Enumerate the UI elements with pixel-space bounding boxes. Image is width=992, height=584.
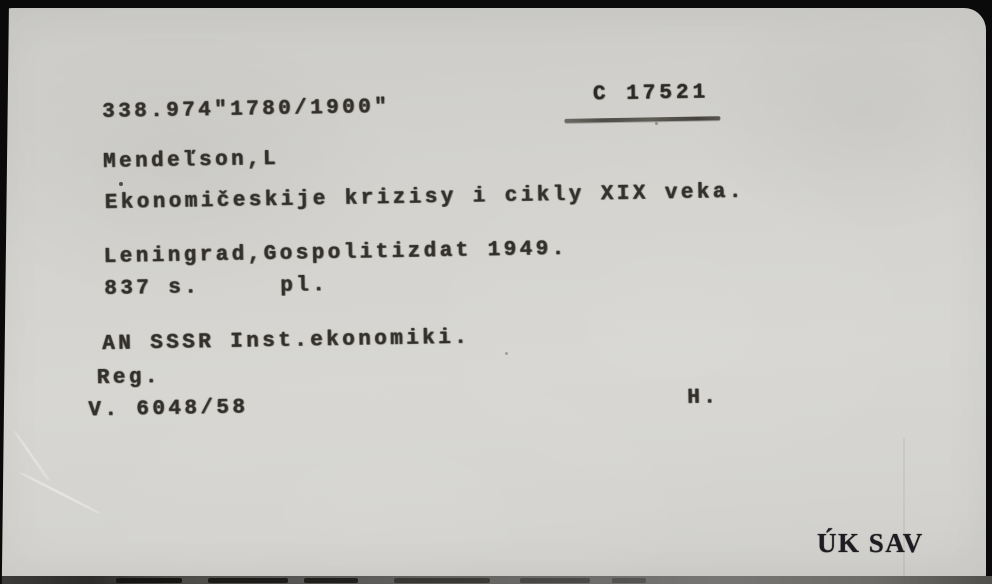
collation-line: 837 s. pl. — [104, 275, 328, 300]
library-stamp: ÚK SAV — [817, 530, 924, 557]
card-stack-dash — [394, 578, 490, 583]
call-number: C 17521 — [593, 82, 710, 105]
ink-speck — [505, 352, 508, 355]
shelf-letter: H. — [687, 387, 719, 409]
reg-label: Reg. — [97, 367, 161, 389]
author-line: Mendeľson,L — [103, 149, 279, 173]
typewritten-text-block: 338.974"1780/1900" C 17521 Mendeľson,L E… — [0, 0, 992, 584]
card-stack-dash — [612, 578, 646, 583]
ink-speck — [119, 182, 123, 186]
photo-bottom-edge — [0, 576, 992, 584]
title-line: Ekonomičeskije krizisy i cikly XIX veka. — [105, 182, 745, 214]
corporate-author-line: AN SSSR Inst.ekonomiki. — [102, 328, 470, 355]
card-stack-dash — [116, 578, 182, 583]
imprint-line: Leningrad,Gospolitizdat 1949. — [104, 239, 568, 268]
card-stack-dash — [520, 578, 590, 583]
card-stack-dash — [208, 578, 288, 583]
call-number-underline — [564, 116, 720, 123]
card-stack-dash — [304, 578, 358, 583]
reg-number: V. 6048/58 — [88, 397, 248, 421]
ink-speck — [655, 122, 658, 125]
classification-number: 338.974"1780/1900" — [102, 97, 390, 123]
